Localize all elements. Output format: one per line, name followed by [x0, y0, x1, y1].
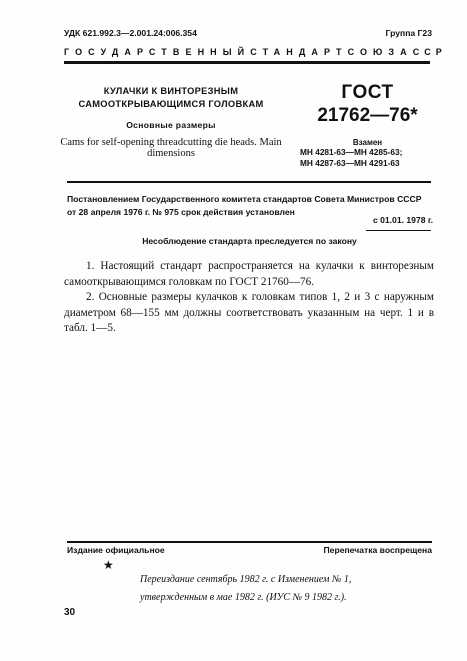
udk-code: УДК 621.992.3—2.001.24:006.354: [64, 28, 197, 38]
title-rule: [67, 181, 431, 183]
header-word: ГОСУДАРСТВЕННЫЙ: [64, 47, 250, 57]
gost-number: 21762—76*: [300, 104, 435, 128]
star-icon: ★: [103, 558, 114, 572]
body-text: 1. Настоящий стандарт распространяется н…: [64, 259, 434, 337]
header-word: ССР: [413, 47, 447, 57]
law-notice: Несоблюдение стандарта преследуется по з…: [67, 236, 432, 246]
paragraph: 1. Настоящий стандарт распространяется н…: [64, 259, 434, 290]
english-title: Cams for self-opening threadcutting die …: [60, 137, 282, 159]
paragraph: 2. Основные размеры кулачков к головкам …: [64, 290, 434, 337]
footer-rule: [67, 541, 432, 543]
header-rule: [64, 61, 430, 64]
instead-label: Взамен: [300, 138, 435, 147]
gost-label: ГОСТ: [300, 82, 435, 104]
title-block: КУЛАЧКИ К ВИНТОРЕЗНЫМ САМООТКРЫВАЮЩИМСЯ …: [60, 85, 282, 159]
header-word: СТАНДАРТ: [250, 47, 347, 57]
effective-date: с 01.01. 1978 г.: [373, 215, 433, 225]
title-line-1: КУЛАЧКИ К ВИНТОРЕЗНЫМ: [60, 85, 282, 98]
reissue-line-1: Переиздание сентябрь 1982 г. с Изменение…: [140, 571, 440, 589]
reissue-line-2: утвержденным в мае 1982 г. (ИУС № 9 1982…: [140, 589, 440, 607]
gost-block: ГОСТ 21762—76* Взамен МН 4281-63—МН 4285…: [300, 82, 435, 168]
date-rule: [366, 230, 431, 231]
official-edition: Издание официальное: [67, 545, 165, 555]
replaced-standards-2: МН 4287-63—МН 4291-63: [300, 158, 435, 169]
subtitle: Основные размеры: [60, 120, 282, 130]
reissue-note: Переиздание сентябрь 1982 г. с Изменение…: [140, 571, 440, 607]
standard-type-header: ГОСУДАРСТВЕННЫЙ СТАНДАРТ СОЮЗА ССР: [64, 47, 431, 57]
reprint-notice: Перепечатка воспрещена: [324, 545, 433, 555]
replaced-standards-1: МН 4281-63—МН 4285-63;: [300, 147, 435, 158]
header-word: СОЮЗА: [348, 47, 413, 57]
page-number: 30: [64, 607, 75, 618]
title-line-2: САМООТКРЫВАЮЩИМСЯ ГОЛОВКАМ: [60, 98, 282, 111]
group-code: Группа Г23: [386, 28, 432, 38]
